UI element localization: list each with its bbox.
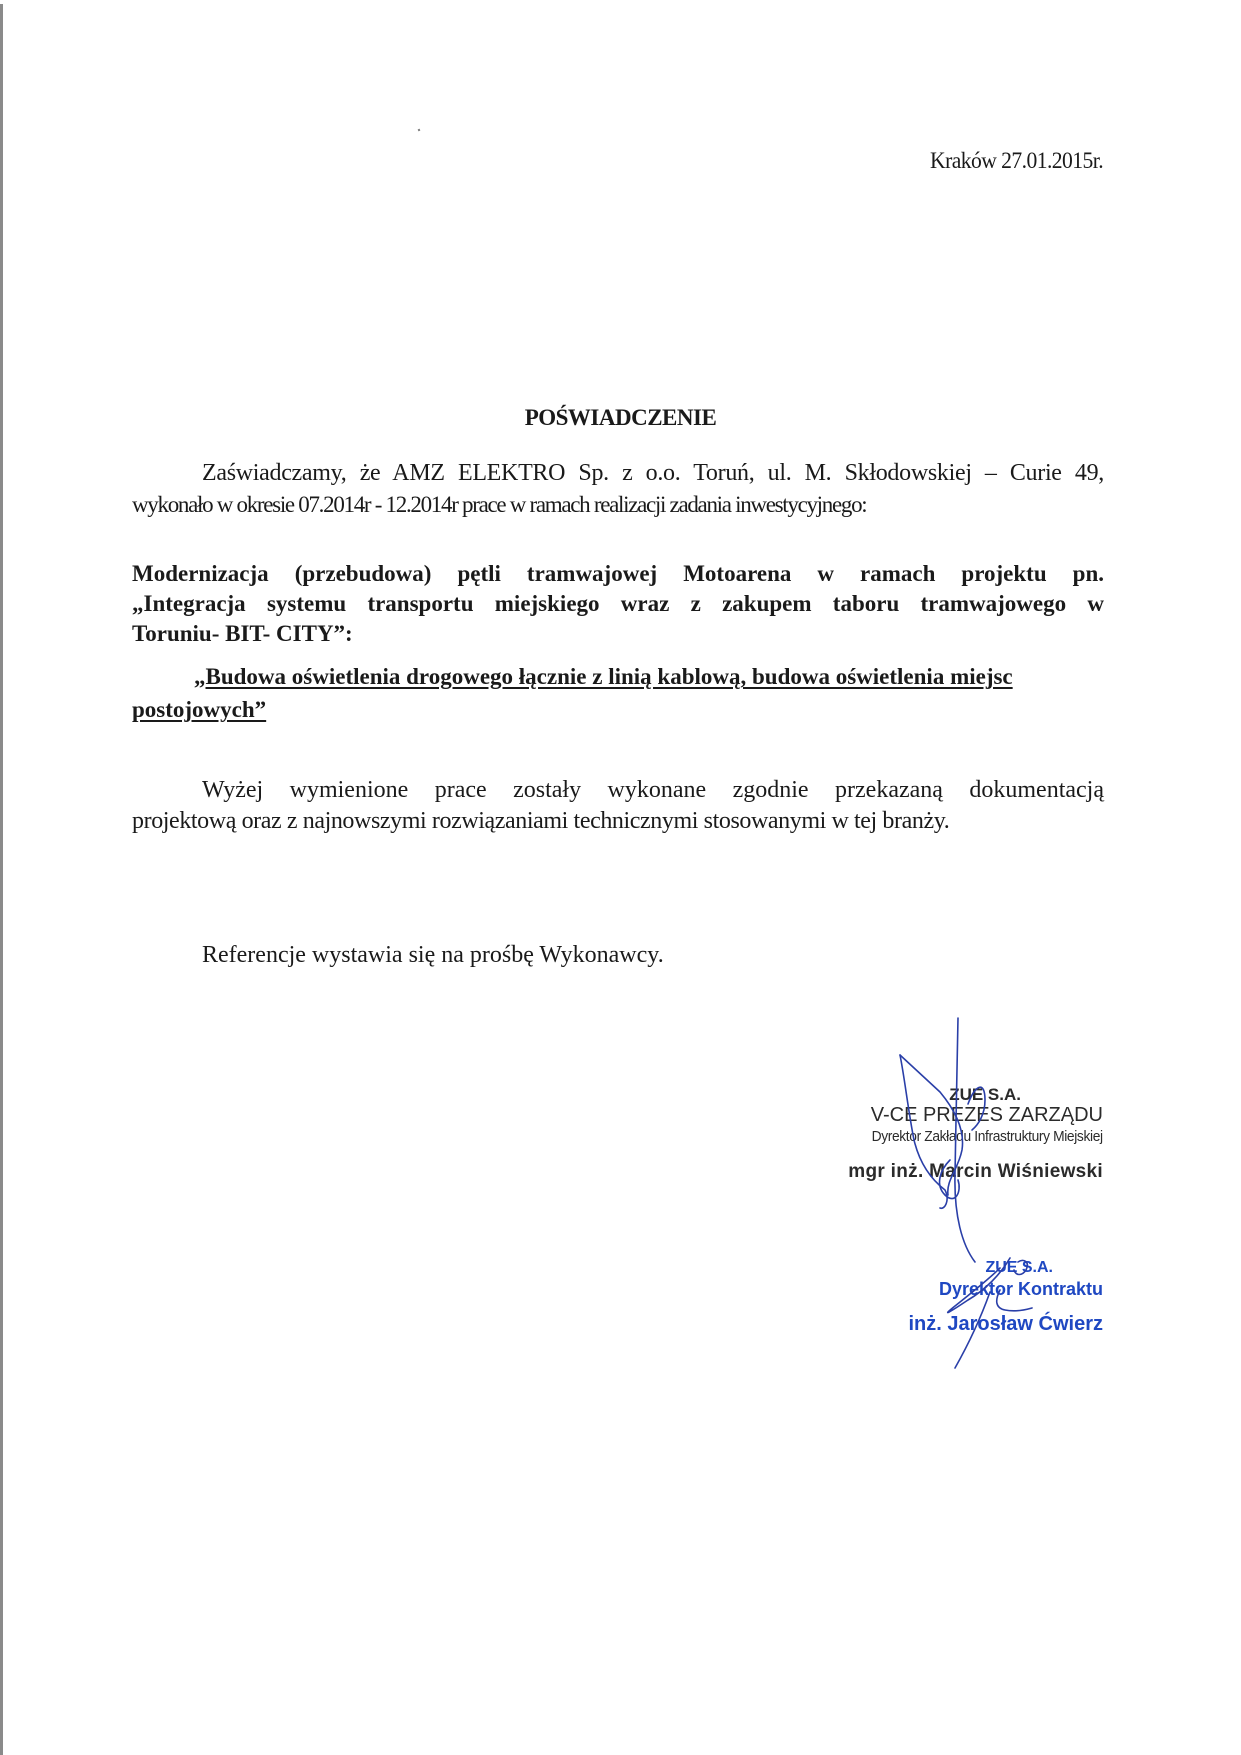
closing-sentence: Referencje wystawia się na prośbę Wykona… xyxy=(202,940,664,971)
project-line-1: Modernizacja (przebudowa) pętli tramwajo… xyxy=(132,559,1104,589)
stamp-signatory-name: mgr inż. Marcin Wiśniewski xyxy=(848,1159,1103,1185)
stamp-company: ZUE S.A. xyxy=(908,1258,1103,1278)
stamp-role: Dyrektor Kontraktu xyxy=(908,1278,1103,1300)
scope-text-2: postojowych” xyxy=(132,697,266,722)
project-name: Modernizacja (przebudowa) pętli tramwajo… xyxy=(132,559,1104,649)
project-line-3: Toruniu- BIT- CITY”: xyxy=(132,619,1104,649)
compliance-line-1: Wyżej wymienione prace zostały wykonane … xyxy=(132,775,1104,806)
compliance-line-2: projektową oraz z najnowszymi rozwiązani… xyxy=(132,806,1104,837)
scope-line-1: „Budowa oświetlenia drogowego łącznie z … xyxy=(132,660,1104,693)
handwritten-signatures xyxy=(0,0,1241,1755)
project-line-2: „Integracja systemu transportu miejskieg… xyxy=(132,589,1104,619)
scope-of-work: „Budowa oświetlenia drogowego łącznie z … xyxy=(132,660,1104,726)
scan-speck xyxy=(418,129,421,132)
certification-line-1: Zaświadczamy, że AMZ ELEKTRO Sp. z o.o. … xyxy=(132,458,1104,489)
stamp-signatory-name: inż. Jarosław Ćwierz xyxy=(908,1310,1103,1338)
scan-border xyxy=(0,4,3,1755)
document-date: Kraków 27.01.2015r. xyxy=(930,148,1103,174)
document-title: POŚWIADCZENIE xyxy=(0,405,1241,431)
scope-open-quote: „ xyxy=(194,664,206,689)
stamp-department: Dyrektor Zakładu Infrastruktury Miejskie… xyxy=(869,1126,1103,1148)
stamp-role: V-CE PREZES ZARZĄDU xyxy=(848,1105,1103,1126)
scope-text-1: Budowa oświetlenia drogowego łącznie z l… xyxy=(206,664,1013,689)
scope-line-2: postojowych” xyxy=(132,693,1104,726)
stamp-vice-president: ZUE S.A. V-CE PREZES ZARZĄDU Dyrektor Za… xyxy=(848,1085,1103,1185)
certification-line-2: wykonało w okresie 07.2014r - 12.2014r p… xyxy=(132,489,1104,520)
certification-paragraph: Zaświadczamy, że AMZ ELEKTRO Sp. z o.o. … xyxy=(132,458,1104,520)
stamp-contract-director: ZUE S.A. Dyrektor Kontraktu inż. Jarosła… xyxy=(908,1258,1103,1338)
compliance-paragraph: Wyżej wymienione prace zostały wykonane … xyxy=(132,775,1104,837)
stamp-company: ZUE S.A. xyxy=(848,1085,1103,1105)
